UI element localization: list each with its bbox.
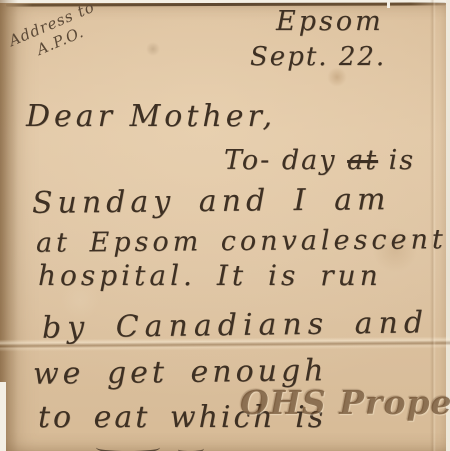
cutoff-line-stroke (96, 441, 160, 451)
opening-text-pre: To- day (224, 145, 347, 176)
corner-annotation: Address to A.P.O. (6, 0, 105, 68)
scan-bottom-left-margin (0, 382, 6, 451)
handwritten-letter-scan: Address to A.P.O. Epsom Sept. 22. Dear M… (0, 0, 450, 451)
letter-line: by Canadians and (42, 308, 429, 343)
cutoff-line-stroke (178, 444, 204, 451)
struck-out-word: at (347, 145, 378, 176)
opening-text-post: is (378, 145, 415, 176)
paper-top-notch (387, 0, 390, 8)
letter-salutation: Dear Mother, (26, 102, 276, 132)
letter-line: at Epsom convalescent (36, 226, 447, 257)
letter-line: Sunday and I am (32, 185, 391, 219)
letter-line: hospital. It is run (38, 262, 382, 290)
letter-line-opening: To- day at is (224, 147, 415, 174)
ownership-watermark: OHS Property (240, 383, 450, 422)
letter-date: Sept. 22. (250, 44, 386, 70)
letter-place: Epsom (276, 8, 384, 35)
